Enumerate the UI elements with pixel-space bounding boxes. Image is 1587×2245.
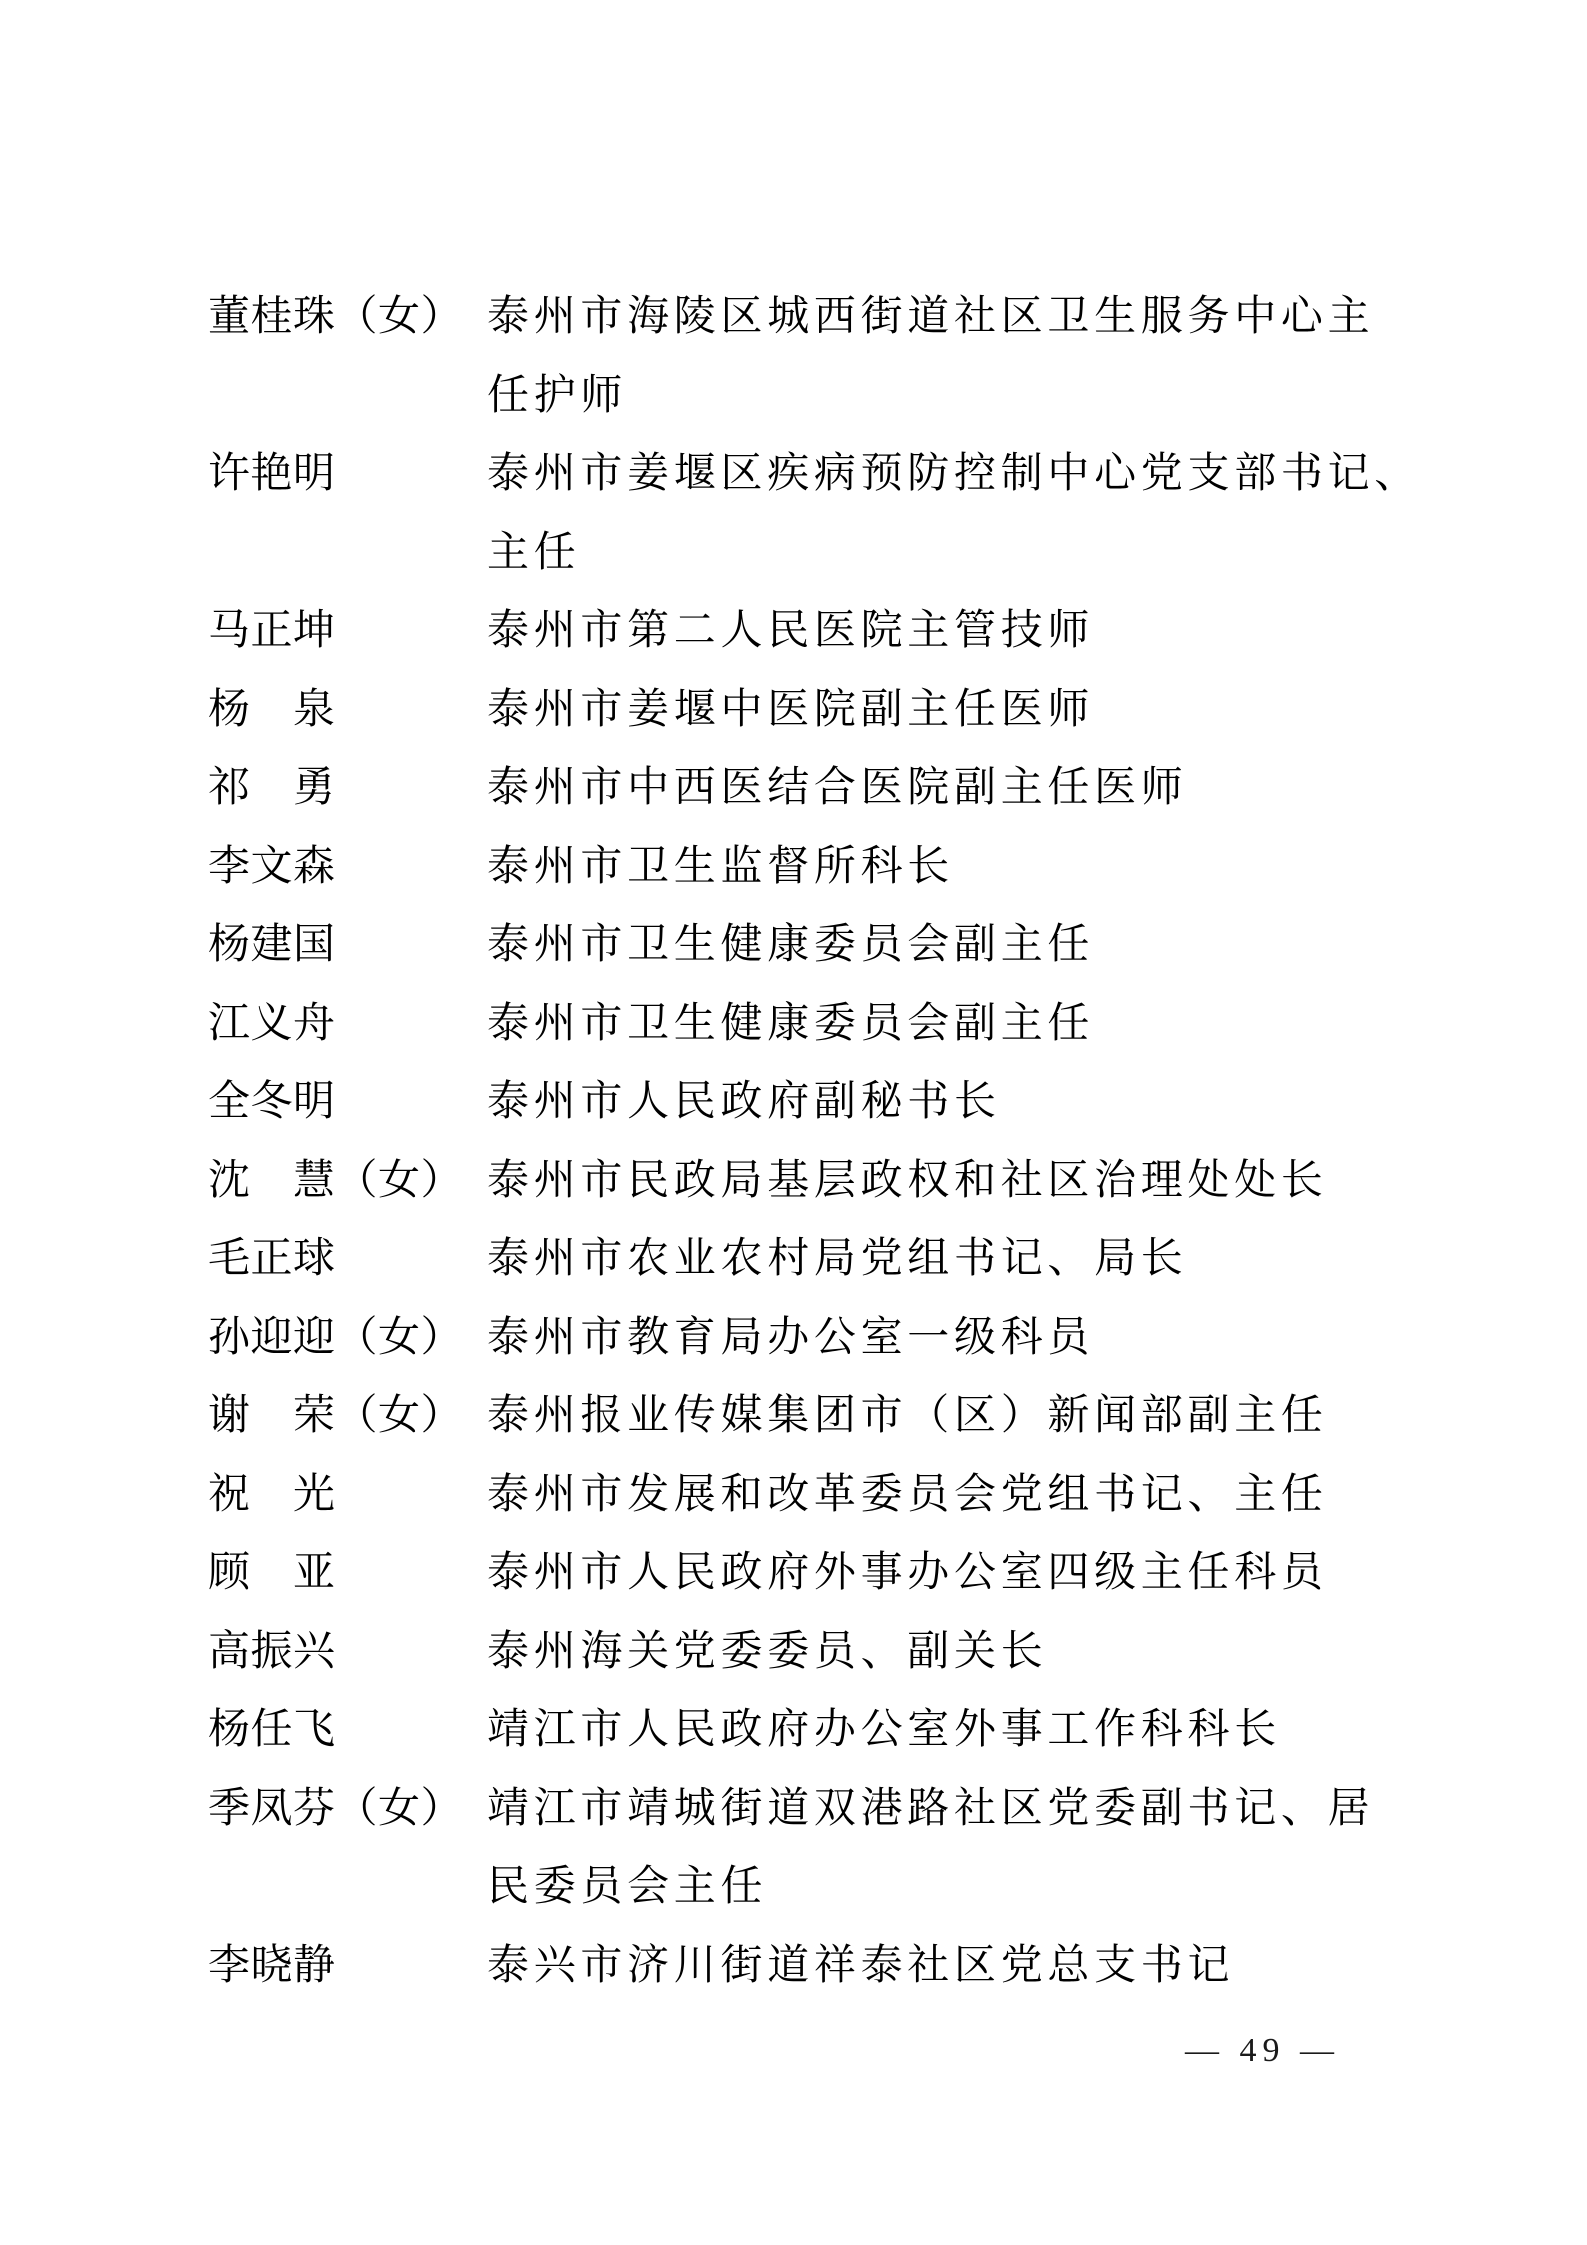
honoree-list: 董桂珠（女） 泰州市海陵区城西街道社区卫生服务中心主任护师 许艳明 泰州市姜堰区…: [208, 278, 1468, 2005]
list-entry: 孙迎迎（女） 泰州市教育局办公室一级科员: [208, 1299, 1468, 1378]
entry-name: 祁 勇: [208, 749, 487, 828]
list-entry: 季凤芬（女） 靖江市靖城街道双港路社区党委副书记、居民委员会主任: [208, 1770, 1468, 1927]
list-entry: 全冬明 泰州市人民政府副秘书长: [208, 1063, 1468, 1142]
list-entry: 杨建国 泰州市卫生健康委员会副主任: [208, 906, 1468, 985]
entry-name: 毛正球: [208, 1220, 487, 1299]
list-entry: 祁 勇 泰州市中西医结合医院副主任医师: [208, 749, 1468, 828]
entry-name: 杨建国: [208, 906, 487, 985]
entry-position: 泰兴市济川街道祥泰社区党总支书记: [487, 1927, 1468, 2006]
list-entry: 杨任飞 靖江市人民政府办公室外事工作科科长: [208, 1691, 1468, 1770]
entry-name: 高振兴: [208, 1613, 487, 1692]
list-entry: 李文森 泰州市卫生监督所科长: [208, 828, 1468, 907]
list-entry: 祝 光 泰州市发展和改革委员会党组书记、主任: [208, 1456, 1468, 1535]
entry-name: 许艳明: [208, 435, 487, 514]
entry-name: 杨任飞: [208, 1691, 487, 1770]
entry-position-line: 泰州市卫生健康委员会副主任: [487, 906, 1468, 985]
entry-position-line: 泰州市教育局办公室一级科员: [487, 1299, 1468, 1378]
entry-position-line: 泰州市人民政府外事办公室四级主任科员: [487, 1534, 1468, 1613]
entry-position: 泰州市教育局办公室一级科员: [487, 1299, 1468, 1378]
entry-name: 董桂珠（女）: [208, 278, 487, 357]
entry-position: 泰州市民政局基层政权和社区治理处处长: [487, 1142, 1468, 1221]
entry-position-line: 泰州市中西医结合医院副主任医师: [487, 749, 1468, 828]
entry-position: 泰州市人民政府外事办公室四级主任科员: [487, 1534, 1468, 1613]
entry-name: 孙迎迎（女）: [208, 1299, 487, 1378]
list-entry: 高振兴 泰州海关党委委员、副关长: [208, 1613, 1468, 1692]
entry-position: 泰州市第二人民医院主管技师: [487, 592, 1468, 671]
list-entry: 毛正球 泰州市农业农村局党组书记、局长: [208, 1220, 1468, 1299]
list-entry: 沈 慧（女） 泰州市民政局基层政权和社区治理处处长: [208, 1142, 1468, 1221]
entry-position-line: 泰州海关党委委员、副关长: [487, 1613, 1468, 1692]
document-page: 董桂珠（女） 泰州市海陵区城西街道社区卫生服务中心主任护师 许艳明 泰州市姜堰区…: [0, 0, 1587, 2245]
list-entry: 江义舟 泰州市卫生健康委员会副主任: [208, 985, 1468, 1064]
entry-name: 沈 慧（女）: [208, 1142, 487, 1221]
entry-position-line: 泰州市海陵区城西街道社区卫生服务中心主: [487, 278, 1468, 357]
entry-position: 泰州市卫生健康委员会副主任: [487, 906, 1468, 985]
entry-name: 李晓静: [208, 1927, 487, 2006]
entry-name: 全冬明: [208, 1063, 487, 1142]
entry-position: 泰州海关党委委员、副关长: [487, 1613, 1468, 1692]
entry-position-line: 泰州市民政局基层政权和社区治理处处长: [487, 1142, 1468, 1221]
entry-position: 泰州市卫生健康委员会副主任: [487, 985, 1468, 1064]
entry-position: 泰州市人民政府副秘书长: [487, 1063, 1468, 1142]
entry-name: 杨 泉: [208, 671, 487, 750]
entry-position-line: 泰州报业传媒集团市（区）新闻部副主任: [487, 1377, 1468, 1456]
list-entry: 谢 荣（女） 泰州报业传媒集团市（区）新闻部副主任: [208, 1377, 1468, 1456]
entry-name: 季凤芬（女）: [208, 1770, 487, 1849]
entry-position-line: 泰州市人民政府副秘书长: [487, 1063, 1468, 1142]
entry-name: 顾 亚: [208, 1534, 487, 1613]
entry-name: 马正坤: [208, 592, 487, 671]
page-number: — 49 —: [1185, 2034, 1340, 2068]
entry-position: 靖江市靖城街道双港路社区党委副书记、居民委员会主任: [487, 1770, 1468, 1927]
entry-position: 泰州报业传媒集团市（区）新闻部副主任: [487, 1377, 1468, 1456]
entry-position: 泰州市卫生监督所科长: [487, 828, 1468, 907]
entry-name: 祝 光: [208, 1456, 487, 1535]
entry-position-line: 泰州市农业农村局党组书记、局长: [487, 1220, 1468, 1299]
entry-name: 李文森: [208, 828, 487, 907]
entry-name: 江义舟: [208, 985, 487, 1064]
entry-position: 泰州市发展和改革委员会党组书记、主任: [487, 1456, 1468, 1535]
entry-position-line: 民委员会主任: [487, 1848, 1468, 1927]
list-entry: 李晓静 泰兴市济川街道祥泰社区党总支书记: [208, 1927, 1468, 2006]
entry-position-line: 泰州市第二人民医院主管技师: [487, 592, 1468, 671]
entry-position-line: 任护师: [487, 357, 1468, 436]
entry-position: 泰州市姜堰中医院副主任医师: [487, 671, 1468, 750]
entry-position-line: 泰州市姜堰区疾病预防控制中心党支部书记、: [487, 435, 1468, 514]
list-entry: 马正坤 泰州市第二人民医院主管技师: [208, 592, 1468, 671]
entry-position-line: 泰兴市济川街道祥泰社区党总支书记: [487, 1927, 1468, 2006]
list-entry: 顾 亚 泰州市人民政府外事办公室四级主任科员: [208, 1534, 1468, 1613]
entry-name: 谢 荣（女）: [208, 1377, 487, 1456]
entry-position: 泰州市中西医结合医院副主任医师: [487, 749, 1468, 828]
entry-position-line: 靖江市人民政府办公室外事工作科科长: [487, 1691, 1468, 1770]
entry-position: 泰州市海陵区城西街道社区卫生服务中心主任护师: [487, 278, 1468, 435]
entry-position-line: 靖江市靖城街道双港路社区党委副书记、居: [487, 1770, 1468, 1849]
entry-position-line: 泰州市姜堰中医院副主任医师: [487, 671, 1468, 750]
entry-position: 靖江市人民政府办公室外事工作科科长: [487, 1691, 1468, 1770]
list-entry: 许艳明 泰州市姜堰区疾病预防控制中心党支部书记、主任: [208, 435, 1468, 592]
list-entry: 杨 泉 泰州市姜堰中医院副主任医师: [208, 671, 1468, 750]
entry-position-line: 主任: [487, 514, 1468, 593]
entry-position-line: 泰州市卫生监督所科长: [487, 828, 1468, 907]
entry-position: 泰州市姜堰区疾病预防控制中心党支部书记、主任: [487, 435, 1468, 592]
entry-position-line: 泰州市卫生健康委员会副主任: [487, 985, 1468, 1064]
entry-position: 泰州市农业农村局党组书记、局长: [487, 1220, 1468, 1299]
entry-position-line: 泰州市发展和改革委员会党组书记、主任: [487, 1456, 1468, 1535]
list-entry: 董桂珠（女） 泰州市海陵区城西街道社区卫生服务中心主任护师: [208, 278, 1468, 435]
